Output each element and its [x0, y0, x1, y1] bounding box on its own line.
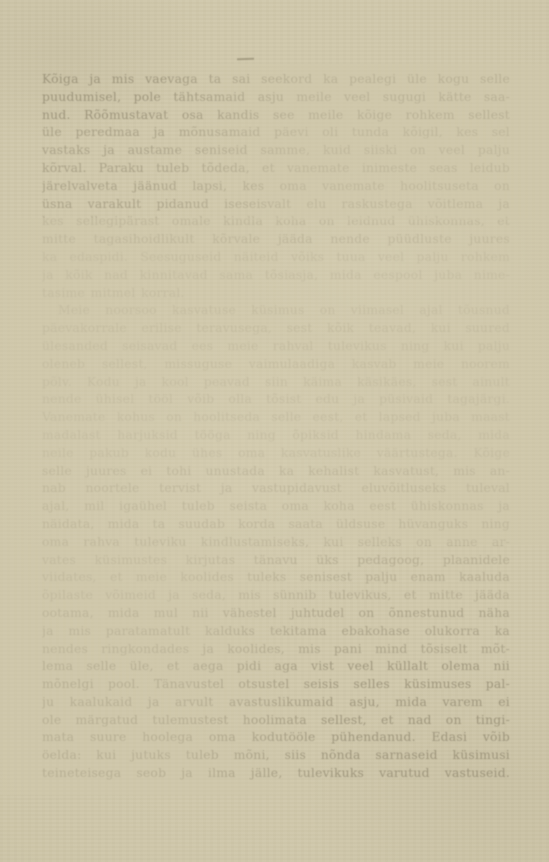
text-line: teineteisega seob ja ilma jälle, tulevik…	[42, 765, 510, 783]
text-line: oleneb sellest, missuguse vaimulaadiga k…	[42, 356, 510, 374]
text-line: ka edaspidi. Seesuguseid näiteid võiks t…	[42, 249, 510, 267]
text-line: vates küsimustes kirjutas tänavu üks ped…	[42, 552, 510, 570]
text-line: lema selle üle, et aega pidi aga vist ve…	[42, 658, 510, 676]
text-line: puudumisel, pole tähtsamaid asju meile v…	[42, 89, 510, 107]
text-line: ülesanded seisavad ees meie rahval tulev…	[42, 338, 510, 356]
text-line: Meie noorsoo kasvatuse küsimus on viimas…	[42, 302, 510, 320]
text-line: päevakorrale erilise teravusega, sest kõ…	[42, 320, 510, 338]
text-line: kes sellegipärast omale kindla koha on l…	[42, 213, 510, 231]
text-line: selle juures ei tohi unustada ka kehalis…	[42, 463, 510, 481]
text-line: Vanemate kohus on hoolitseda selle eest,…	[42, 409, 510, 427]
text-line: ootama, mida mul nii vähestel juhtudel o…	[42, 605, 510, 623]
text-line: kõrval. Paraku tuleb tõdeda, et vanemate…	[42, 160, 510, 178]
text-line: Kõiga ja mis vaevaga ta sai seekord ka p…	[42, 71, 510, 89]
text-line: mõnelgi pool. Tänavustel otsustel seisis…	[42, 676, 510, 694]
text-line: nud. Rõõmustavat osa kandis see meile kõ…	[42, 107, 510, 125]
text-line: madalast harjuksid tööga ning õpiksid hi…	[42, 427, 510, 445]
text-line: viidates, et meie koolides tuleks senise…	[42, 569, 510, 587]
text-line: nab noortele tervist ja vastupidavust el…	[42, 480, 510, 498]
text-line: tasime mitmel korral.	[42, 285, 510, 303]
text-line: põlv. Kodu ja kool peavad siin käima käs…	[42, 374, 510, 392]
stray-ink-mark	[237, 58, 254, 60]
text-line: nende ühisel tööl võib olla tõsist edu j…	[42, 391, 510, 409]
text-line: ajal, mil igaühel tuleb seista oma koha …	[42, 498, 510, 516]
text-line: oma rahva tuleviku kindlustamiseks, kui …	[42, 534, 510, 552]
text-line: õpilaste võimeid ja seda, mis sünnib tul…	[42, 587, 510, 605]
text-line: mitte tagasihoidlikult kõrvale jääda nen…	[42, 231, 510, 249]
text-line: ju kaalukaid ja arvult avastuslikumaid a…	[42, 694, 510, 712]
text-line: ja kõik nad kinnitavad sama tõsiasja, mi…	[42, 267, 510, 285]
text-line: neile pakub kodu ühes oma kasvatuslike v…	[42, 445, 510, 463]
text-line: mata suure hoolega oma kodutööle pühenda…	[42, 729, 510, 747]
text-line: öelda: kui jutuks tuleb mõni, siis nõnda…	[42, 747, 510, 765]
text-line: üsna varakult pidanud iseseisvalt elu ra…	[42, 196, 510, 214]
text-line: ja mis paratamatult kalduks tekitama eba…	[42, 623, 510, 641]
text-line: nendes ringkondades ja koolides, mis pan…	[42, 641, 510, 659]
text-line: ole märgatud tulemustest hoolimata selle…	[42, 712, 510, 730]
text-line: järelvalveta jäänud lapsi, kes oma vanem…	[42, 178, 510, 196]
text-line: vastaks ja austame seniseid samme, kuid …	[42, 142, 510, 160]
page-text: Kõiga ja mis vaevaga ta sai seekord ka p…	[42, 71, 510, 783]
text-line: näidata, mida ta suudab korda saata ülds…	[42, 516, 510, 534]
text-line: üle peredmaa ja mõnusamaid päevi oli tun…	[42, 124, 510, 142]
scanned-page: Kõiga ja mis vaevaga ta sai seekord ka p…	[0, 0, 549, 862]
